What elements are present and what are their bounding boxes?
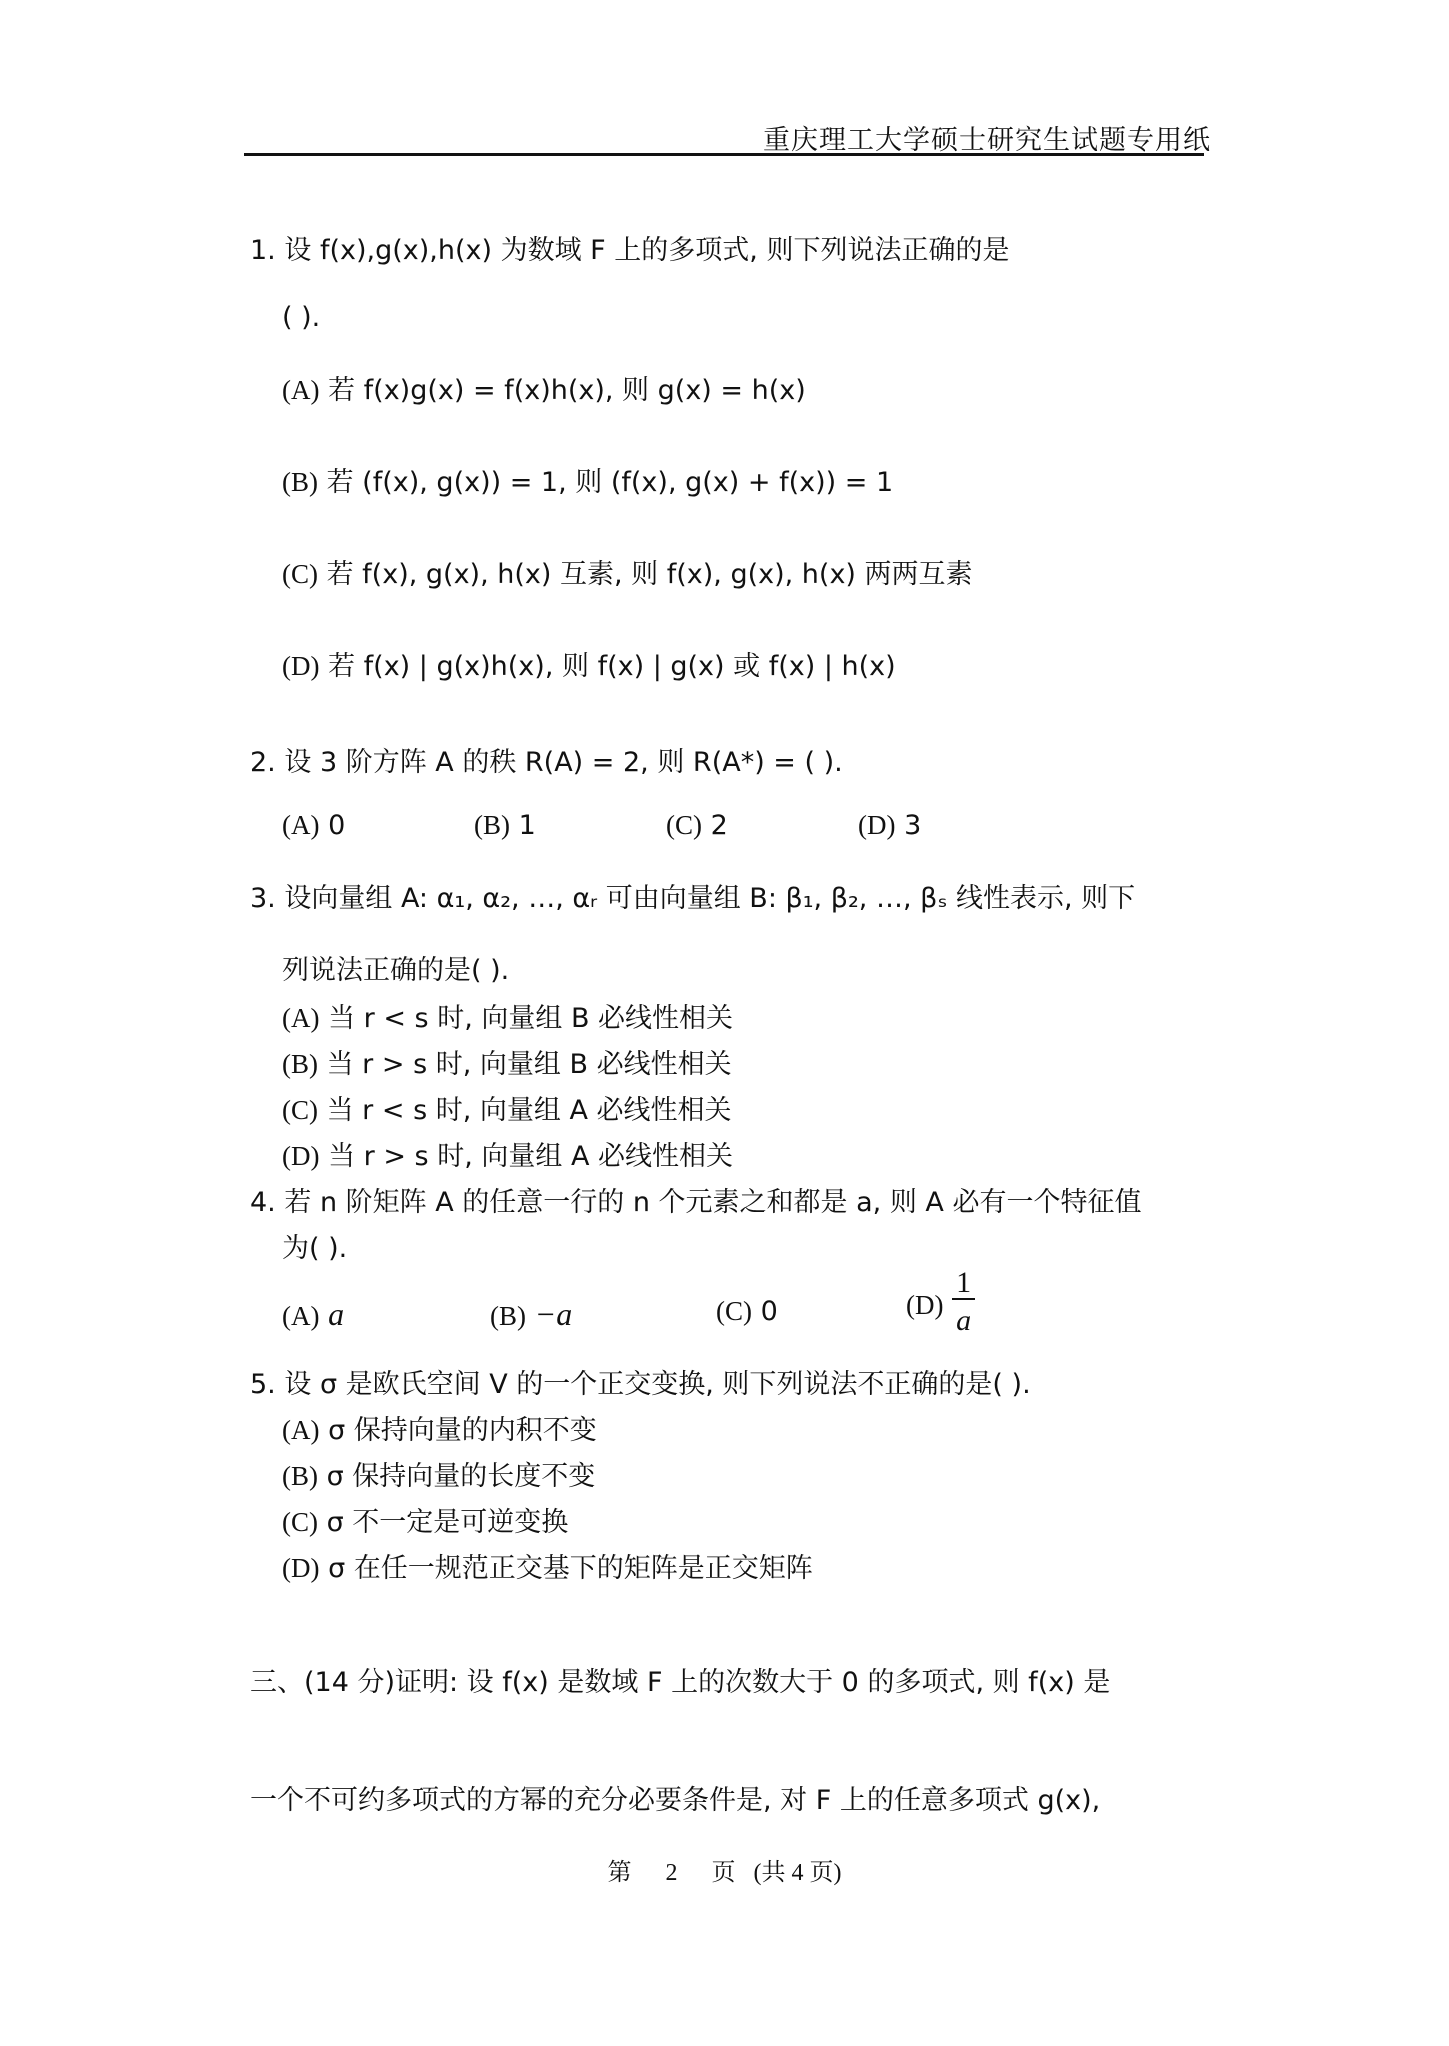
question-1-stem-cont: ( ).	[282, 302, 320, 333]
page-total: (共 4 页)	[754, 1860, 842, 1886]
question-4-stem-cont: 为( ).	[282, 1226, 347, 1265]
question-5-option-b: (B) σ 保持向量的长度不变	[282, 1454, 595, 1493]
question-4-option-c: (C) 0	[716, 1296, 778, 1327]
question-5-option-a: (A) σ 保持向量的内积不变	[282, 1408, 597, 1447]
question-3-option-c: (C) 当 r < s 时, 向量组 A 必线性相关	[282, 1088, 732, 1127]
question-5-option-d: (D) σ 在任一规范正交基下的矩阵是正交矩阵	[282, 1546, 813, 1585]
question-1-option-c: (C) 若 f(x), g(x), h(x) 互素, 则 f(x), g(x),…	[282, 552, 973, 591]
question-text: 设 f(x),g(x),h(x) 为数域 F 上的多项式, 则下列说法正确的是	[284, 235, 1009, 266]
question-1-stem: 1. 设 f(x),g(x),h(x) 为数域 F 上的多项式, 则下列说法正确…	[250, 228, 1009, 267]
question-number: 1.	[250, 235, 276, 266]
section-3-line-1: 三、(14 分)证明: 设 f(x) 是数域 F 上的次数大于 0 的多项式, …	[250, 1660, 1110, 1699]
question-2-stem: 2. 设 3 阶方阵 A 的秩 R(A) = 2, 则 R(A*) = ( ).	[250, 740, 843, 779]
question-2-option-d: (D) 3	[858, 810, 921, 841]
question-3-option-b: (B) 当 r > s 时, 向量组 B 必线性相关	[282, 1042, 732, 1081]
header-title: 重庆理工大学硕士研究生试题专用纸	[763, 118, 1211, 157]
question-4-option-d: (D) 1 a	[906, 1268, 975, 1336]
question-3-option-d: (D) 当 r > s 时, 向量组 A 必线性相关	[282, 1134, 733, 1173]
question-4-stem: 4. 若 n 阶矩阵 A 的任意一行的 n 个元素之和都是 a, 则 A 必有一…	[250, 1180, 1141, 1219]
section-3-line-2: 一个不可约多项式的方幂的充分必要条件是, 对 F 上的任意多项式 g(x),	[250, 1778, 1100, 1817]
question-1-option-a: (A) 若 f(x)g(x) = f(x)h(x), 则 g(x) = h(x)	[282, 368, 806, 407]
question-4-option-a: (A) a	[282, 1296, 344, 1333]
header-rule	[244, 153, 1204, 156]
page-number: 2	[666, 1860, 678, 1886]
question-2-option-c: (C) 2	[666, 810, 728, 841]
question-2-option-b: (B) 1	[474, 810, 536, 841]
question-4-option-b: (B) −a	[490, 1296, 572, 1333]
question-1-option-b: (B) 若 (f(x), g(x)) = 1, 则 (f(x), g(x) + …	[282, 460, 893, 499]
question-2-option-a: (A) 0	[282, 810, 345, 841]
question-5-option-c: (C) σ 不一定是可逆变换	[282, 1500, 568, 1539]
question-5-stem: 5. 设 σ 是欧氏空间 V 的一个正交变换, 则下列说法不正确的是( ).	[250, 1362, 1031, 1401]
page-footer: 第 2 页 (共 4 页)	[0, 1852, 1449, 1887]
fraction-one-over-a: 1 a	[952, 1268, 975, 1336]
question-3-stem: 3. 设向量组 A: α₁, α₂, …, αᵣ 可由向量组 B: β₁, β₂…	[250, 876, 1135, 915]
question-1-option-d: (D) 若 f(x) | g(x)h(x), 则 f(x) | g(x) 或 f…	[282, 644, 896, 683]
question-3-stem-cont: 列说法正确的是( ).	[282, 948, 509, 987]
question-3-option-a: (A) 当 r < s 时, 向量组 B 必线性相关	[282, 996, 733, 1035]
